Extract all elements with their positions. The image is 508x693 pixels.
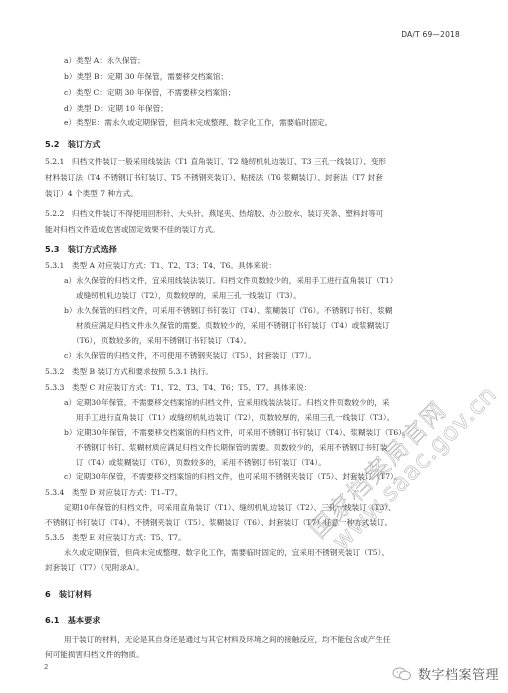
brand-name: 数字档案管理 [418, 664, 499, 683]
para-5-3-1-b: （T6），页数较多的，采用不锈钢订书钉装订（T4）。 [72, 336, 251, 346]
type-item-e: e）类型E：需永久或定期保管，但尚未完成整理、数字化工作，需要临时固定。 [64, 118, 332, 128]
section-heading-6-1: 6.1 基本要求 [45, 615, 100, 625]
para-5-3-3-a: 用手工进行直角装订（T1）或缝纫机轧边装订（T2），页数较厚的，采用三孔一线装订… [76, 413, 394, 423]
para-5-3-1-c: c）永久保管的归档文件，不可使用不锈钢夹装订（T5）、封套装订（T7）。 [64, 351, 316, 361]
para-5-3-2: 5.3.2 类型 B 装订方式和要求按照 5.3.1 执行。 [45, 367, 213, 377]
para-5-3-4-line: 定期10年保管的归档文件，可采用直角装订（T1）、缝纫机轧边装订（T2）、三孔一… [64, 503, 396, 513]
para-5-3-1-b: 材质应满足归档文件永久保管的需要。页数较少的，采用不锈钢订书钉装订（T4）或浆糊… [76, 321, 390, 331]
section-heading-6: 6 装订材料 [45, 589, 92, 599]
section-heading-5-3: 5.3 装订方式选择 [45, 244, 117, 254]
para-5-2-1-line: 材料装订法（T4 不锈钢订书钉装订、T5 不锈钢夹装订）、粘接法（T6 浆糊装订… [45, 173, 383, 183]
para-5-3-3-a: a）定期30年保管，不需要移交档案馆的归档文件，宜采用线装法装订。归档文件页数较… [64, 398, 390, 408]
para-5-3-1-b: b）永久保管的归档文件，可采用不锈钢订书钉装订（T4）、浆糊装订（T6）。不锈钢… [64, 306, 392, 316]
wechat-icon [392, 667, 412, 681]
type-item-a: a）类型 A：永久保管； [64, 56, 145, 66]
para-5-2-1-line: 5.2.1 归档文件装订一般采用线装法（T1 直角装订、T2 缝纫机轧边装订、T… [45, 157, 386, 167]
type-item-b: b）类型 B：定期 30 年保管，需要移交档案馆； [64, 72, 228, 82]
para-5-2-1-line: 装订）4 个类型 7 种方式。 [45, 189, 138, 199]
para-5-3-1-a: a）永久保管的归档文件，宜采用线装法装订。归档文件页数较少的，采用手工进行直角装… [64, 276, 397, 286]
para-5-3-4-head: 5.3.4 类型 D 对应装订方式：T1–T7。 [45, 488, 182, 498]
para-5-3-3-head: 5.3.3 类型 C 对应装订方式：T1、T2、T3、T4、T6；T5、T7。具… [45, 383, 311, 393]
para-5-3-5-head: 5.3.5 类型 E 对应装订方式：T5、T7。 [45, 533, 186, 543]
section-heading-5-2: 5.2 装订方式 [45, 139, 100, 149]
para-5-3-3-b: 不锈钢订书钉、浆糊材质应满足归档文件长期保管的需要。页数较少的，采用不锈钢订书钉… [76, 443, 387, 453]
para-5-3-3-b: 订（T4）或浆糊装订（T6），页数较多的，采用不锈钢订书钉装订（T4）。 [76, 458, 326, 468]
document-page: DA/T 69—2018 a）类型 A：永久保管； b）类型 B：定期 30 年… [0, 0, 508, 693]
type-item-d: d）类型 D：定期 10 年保管； [64, 104, 168, 114]
page-number: 2 [44, 663, 48, 671]
para-5-3-1-head: 5.3.1 类型 A 对应装订方式：T1、T2、T3；T4、T6。具体来说： [45, 261, 276, 271]
type-item-c: c）类型 C：定期 30 年保管，不需要移交档案馆； [64, 88, 235, 98]
para-5-3-3-b: b）定期30年保管，不需要移交档案馆的归档文件，可采用不锈钢订书钉装订（T4）、… [64, 428, 410, 438]
para-6-1-line: 用于装订的材料，无论是其自身还是通过与其它材料及环境之间的接触反应，均不能包含或… [64, 635, 391, 645]
document-code: DA/T 69—2018 [401, 30, 460, 39]
para-6-1-line: 何可能损害归档文件的物质。 [45, 650, 144, 660]
para-5-3-5-line: 封套装订（T7）（见附录A）。 [45, 563, 144, 573]
para-5-3-1-a: 或缝纫机轧边装订（T2），页数较厚的，采用三孔一线装订（T3）。 [76, 291, 301, 301]
para-5-3-3-c: c）定期30年保管，不需要移交档案馆的归档文件，也可采用不锈钢夹装订（T5）、封… [64, 472, 401, 482]
para-5-2-2-line: 能对归档文件造成危害或固定效果不佳的装订方式。 [45, 225, 220, 235]
wechat-brand: 数字档案管理 [392, 664, 499, 683]
para-5-3-5-line: 永久或定期保管，但尚未完成整理、数字化工作，需要临时固定的，宜采用不锈钢夹装订（… [64, 548, 389, 558]
para-5-3-4-line: 不锈钢订书钉装订（T4）、不锈钢夹装订（T5）、浆糊装订（T6）、封套装订（T7… [45, 518, 392, 528]
para-5-2-2-line: 5.2.2 归档文件装订不得使用回形针、大头针、燕尾夹、热熔胶、办公胶水、装订夹… [45, 209, 383, 219]
